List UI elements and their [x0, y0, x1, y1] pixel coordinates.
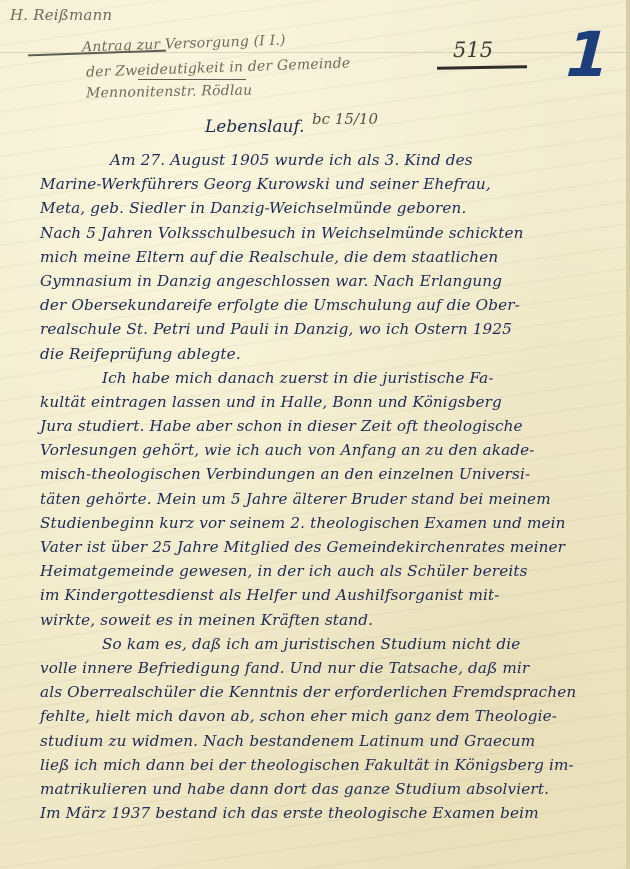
document-title: Lebenslauf. [205, 117, 305, 137]
text-line: Im März 1937 bestand ich das erste theol… [40, 801, 620, 825]
text-line: Vorlesungen gehört, wie ich auch von Anf… [40, 438, 620, 462]
document-page: H. Reißmann Antrag zur Versorgung (I I.)… [0, 0, 630, 869]
text-line: im Kindergottesdienst als Helfer und Aus… [40, 583, 620, 607]
text-line: volle innere Befriedigung fand. Und nur … [40, 656, 620, 680]
pencil-annotation-name: H. Reißmann [10, 6, 112, 24]
text-line: So kam es, daß ich am juristischen Studi… [40, 632, 620, 656]
text-line: Jura studiert. Habe aber schon in dieser… [40, 414, 620, 438]
text-line: täten gehörte. Mein um 5 Jahre älterer B… [40, 487, 620, 511]
title-pencil-note: bc 15/10 [312, 110, 378, 128]
text-line: misch-theologischen Verbindungen an den … [40, 462, 620, 486]
text-line: ließ ich mich dann bei der theologischen… [40, 753, 620, 777]
text-line: Nach 5 Jahren Volksschulbesuch in Weichs… [40, 221, 620, 245]
paper-edge [626, 0, 630, 869]
text-line: Am 27. August 1905 wurde ich als 3. Kind… [40, 148, 620, 172]
text-line: Heimatgemeinde gewesen, in der ich auch … [40, 559, 620, 583]
text-line: als Oberrealschüler die Kenntnis der erf… [40, 680, 620, 704]
pencil-annotation-line-3: Mennonitenstr. Rödlau [86, 83, 253, 102]
text-line: die Reifeprüfung ablegte. [40, 342, 620, 366]
text-line: Gymnasium in Danzig angeschlossen war. N… [40, 269, 620, 293]
reference-underline [437, 65, 527, 70]
pencil-underline [138, 79, 246, 80]
text-line: Marine-Werkführers Georg Kurowski und se… [40, 172, 620, 196]
text-line: realschule St. Petri und Pauli in Danzig… [40, 317, 620, 341]
reference-number: 515 [453, 38, 493, 62]
text-line: wirkte, soweit es in meinen Kräften stan… [40, 608, 620, 632]
text-line: fehlte, hielt mich davon ab, schon eher … [40, 704, 620, 728]
text-line: matrikulieren und habe dann dort das gan… [40, 777, 620, 801]
text-line: studium zu widmen. Nach bestandenem Lati… [40, 729, 620, 753]
text-line: Studienbeginn kurz vor seinem 2. theolog… [40, 511, 620, 535]
text-line: Meta, geb. Siedler in Danzig-Weichselmün… [40, 196, 620, 220]
text-line: Vater ist über 25 Jahre Mitglied des Gem… [40, 535, 620, 559]
text-line: der Obersekundareife erfolgte die Umschu… [40, 293, 620, 317]
text-line: mich meine Eltern auf die Realschule, di… [40, 245, 620, 269]
pencil-annotation-line-2: der Zweideutigkeit in der Gemeinde [86, 55, 351, 80]
text-line: kultät eintragen lassen und in Halle, Bo… [40, 390, 620, 414]
page-number-mark: 1 [557, 18, 618, 91]
text-line: Ich habe mich danach zuerst in die juris… [40, 366, 620, 390]
handwritten-body: Am 27. August 1905 wurde ich als 3. Kind… [40, 148, 620, 825]
